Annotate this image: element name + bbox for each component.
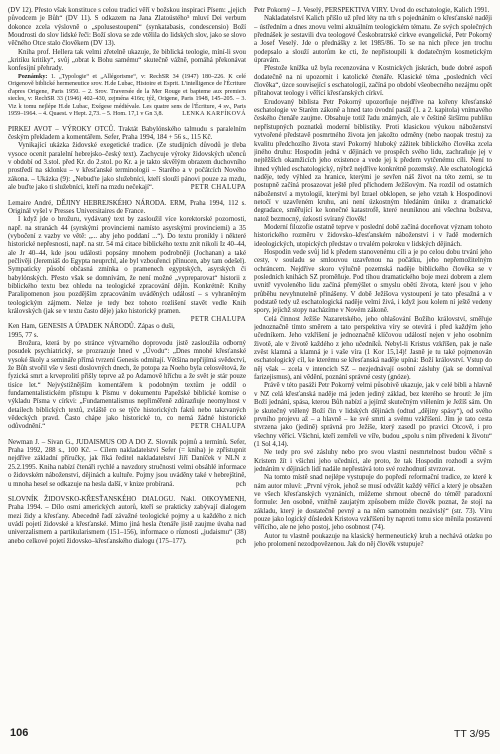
- reviewer-signature: PETR CHALUPA: [175, 184, 246, 192]
- page-number: 106: [10, 727, 28, 739]
- review-title: Petr Pokorný – J. Veselý, PERSPEKTIVA VÍ…: [254, 7, 492, 15]
- review-body: Newman J. – Sivan G., JUDAISMUS OD A DO …: [8, 439, 246, 489]
- review-text: Brožura, která by po stránce výtvarného …: [8, 340, 246, 430]
- review-item: Ken Ham, GENESIS A ÚPADEK NÁRODŮ. Zápas …: [8, 323, 246, 431]
- review-body: SLOVNÍK ŽIDOVSKO-KŘESŤANSKÉHO DIALOGU. N…: [8, 496, 246, 546]
- issue-label: TT 3/95: [454, 728, 490, 740]
- review-body: Brožura, která by po stránce výtvarného …: [8, 340, 246, 432]
- reviewer-signature: LENKA KARFÍKOVÁ: [166, 111, 246, 119]
- footnotes-text: 1. „Typologie“ et „Allégorisme“, v: Rech…: [8, 74, 246, 118]
- left-column: (DV 12). Přesto však konstituce s celou …: [8, 7, 246, 723]
- reviewer-signature: pch: [230, 538, 246, 546]
- review-text: I když jde o brožuru, vydávaný text by z…: [8, 216, 246, 315]
- review-paragraph: Nakladatelství Kalich přišlo už před lét…: [254, 15, 492, 65]
- review-body: Vynikající ukázka židovské exegetické tr…: [8, 142, 246, 192]
- review-text: – Dílo osmi amerických autorů, kteří se …: [8, 504, 246, 544]
- footnotes-label: Poznámky:: [18, 74, 47, 80]
- review-paragraph: Erudovaný biblista Petr Pokorný upozorňu…: [254, 99, 492, 224]
- review-paragraph: Na tomto místě snad nejlépe vystupuje do…: [254, 474, 492, 532]
- article-paragraph: Kniha prof. Hellera tak velmi zřetelně u…: [8, 49, 246, 74]
- review-paragraph: Přestože knížka už byla recenzována v Ko…: [254, 65, 492, 98]
- journal-page: (DV 12). Přesto však konstituce s celou …: [0, 0, 500, 754]
- footnotes-block: Poznámky: 1. „Typologie“ et „Allégorisme…: [8, 74, 246, 119]
- review-item: Lemaire André, DĚJINY HEBREJSKÉHO NÁRODA…: [8, 200, 246, 317]
- reviewer-signature: PETR CHALUPA: [175, 316, 246, 324]
- review-text: Vynikající ukázka židovské exegetické tr…: [8, 142, 246, 191]
- review-item: PIRKEJ AVOT – VÝROKY OTCŮ. Traktát Babyl…: [8, 126, 246, 193]
- review-paragraph: Ne tedy pro své zásluhy nebo pro svou vl…: [254, 449, 492, 474]
- review-paragraph: Hospodin vede svůj lid k předem stanoven…: [254, 249, 492, 316]
- review-item: SLOVNÍK ŽIDOVSKO-KŘESŤANSKÉHO DIALOGU. N…: [8, 496, 246, 546]
- review-body: I když jde o brožuru, vydávaný text by z…: [8, 216, 246, 316]
- review-paragraph: Autor tu vlastně poukazuje na klasický h…: [254, 533, 492, 550]
- review-title: PIRKEJ AVOT – VÝROKY OTCŮ. Traktát Babyl…: [8, 126, 246, 143]
- review-paragraph: Právě v této pasáži Petr Pokorný velmi p…: [254, 382, 492, 449]
- reviewer-signature: pch: [230, 481, 246, 489]
- article-continuation-paragraph: (DV 12). Přesto však konstituce s celou …: [8, 7, 246, 49]
- review-paragraph: Moderní filozofie ostatně teprve v posle…: [254, 224, 492, 249]
- review-title: Lemaire André, DĚJINY HEBREJSKÉHO NÁRODA…: [8, 200, 246, 217]
- reviewer-signature: PETR CHALUPA: [175, 423, 246, 431]
- right-column: Petr Pokorný – J. Veselý, PERSPEKTIVA VÍ…: [254, 7, 492, 723]
- review-item: Newman J. – Sivan G., JUDAISMUS OD A DO …: [8, 439, 246, 489]
- review-paragraph: Celá činnost Ježíše Nazaretského, jeho o…: [254, 316, 492, 383]
- review-title: Ken Ham, GENESIS A ÚPADEK NÁRODŮ. Zápas …: [8, 323, 246, 340]
